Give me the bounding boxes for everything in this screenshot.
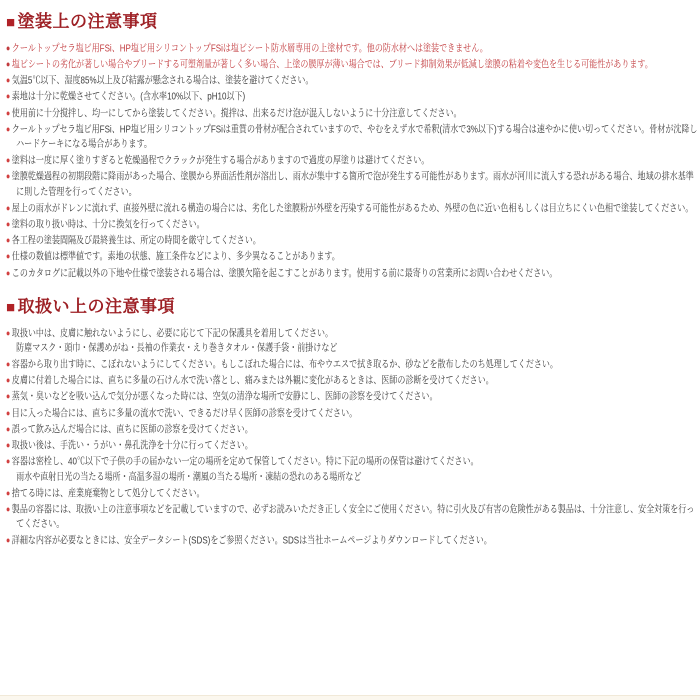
- notice-item: ●捨てる時には、産業廃棄物として処分してください。: [6, 486, 700, 502]
- notice-item: ●使用前に十分撹拌し、均一にしてから塗装してください。撹拌は、出来るだけ泡が混入…: [6, 106, 700, 122]
- section-title: ■塗装上の注意事項: [6, 12, 700, 32]
- notice-item: ●このカタログに記載以外の下地や仕様で塗装される場合は、塗膜欠陥を起こすことがあ…: [6, 266, 700, 282]
- bullet-icon: ●: [6, 440, 10, 450]
- bullet-icon: ●: [6, 535, 10, 545]
- notice-item: ●塗料の取り扱い時は、十分に換気を行ってください。: [6, 217, 700, 233]
- notice-text: 塩ビシートの劣化が著しい場合やブリードする可塑剤量が著しく多い場合、上塗の膜厚が…: [12, 59, 653, 70]
- notice-text: クールトップセラ塩ビ用FSi、HP塩ビ用シリコントップFSiは重質の骨材が配合さ…: [12, 125, 698, 151]
- notice-text: 各工程の塗装間隔及び最終養生は、所定の時間を厳守してください。: [12, 236, 261, 247]
- notice-text: 取扱い中は、皮膚に触れないようにし、必要に応じて下記の保護具を着用してください。: [12, 328, 333, 339]
- bottom-strip-divider: [0, 695, 700, 700]
- notice-text: 屋上の雨水がドレンに流れず、直接外壁に流れる構造の場合には、劣化した塗膜粉が外壁…: [12, 203, 694, 214]
- notice-text: 目に入った場合には、直ちに多量の流水で洗い、できるだけ早く医師の診察を受けてくだ…: [12, 408, 357, 419]
- notice-text: 詳細な内容が必要なときには、安全データシート(SDS)をご参照ください。SDSは…: [12, 535, 492, 546]
- section-title-text: 取扱い上の注意事項: [18, 297, 176, 316]
- bullet-icon: ●: [6, 424, 10, 434]
- notice-item: ●取扱い中は、皮膚に触れないようにし、必要に応じて下記の保護具を着用してください…: [6, 326, 700, 342]
- bullet-icon: ●: [6, 359, 10, 369]
- notice-section: ■取扱い上の注意事項●取扱い中は、皮膚に触れないようにし、必要に応じて下記の保護…: [6, 297, 700, 549]
- notice-item: ●仕様の数値は標準値です。素地の状態、施工条件などにより、多少異なることがありま…: [6, 249, 700, 265]
- bullet-icon: ●: [6, 328, 10, 338]
- notice-text: 気温5℃以下、湿度85%以上及び結露が懸念される場合は、塗装を避けてください。: [12, 76, 314, 87]
- notice-item: ●塗料は一度に厚く塗りすぎると乾燥過程でクラックが発生する場合がありますので過度…: [6, 153, 700, 169]
- bullet-icon: ●: [6, 268, 10, 278]
- bullet-icon: ●: [6, 251, 10, 261]
- notice-text: 素地は十分に乾燥させてください。(含水率10%以下、pH10以下): [12, 92, 245, 103]
- notice-text: 製品の容器には、取扱い上の注意事項などを記載していますので、必ずお読みいただき正…: [12, 504, 695, 530]
- bullet-icon: ●: [6, 375, 10, 385]
- notice-item: ●各工程の塗装間隔及び最終養生は、所定の時間を厳守してください。: [6, 233, 700, 249]
- notice-text: 皮膚に付着した場合には、直ちに多量の石けん水で洗い落とし、痛みまたは外観に変化が…: [12, 375, 494, 386]
- section-title-text: 塗装上の注意事項: [18, 12, 158, 31]
- notice-text: 誤って飲み込んだ場合には、直ちに医師の診察を受けてください。: [12, 424, 253, 435]
- bullet-icon: ●: [6, 235, 10, 245]
- notice-text: 蒸気・臭いなどを吸い込んで気分が悪くなった時には、空気の清浄な場所で安静にし、医…: [12, 392, 438, 403]
- notice-item: ●目に入った場合には、直ちに多量の流水で洗い、できるだけ早く医師の診察を受けてく…: [6, 406, 700, 422]
- notice-item: ●素地は十分に乾燥させてください。(含水率10%以下、pH10以下): [6, 89, 700, 105]
- bullet-icon: ●: [6, 43, 10, 53]
- bullet-icon: ●: [6, 91, 10, 101]
- notice-section: ■塗装上の注意事項●クールトップセラ塩ビ用FSi、HP塩ビ用シリコントップFSi…: [6, 12, 700, 282]
- sections: ■塗装上の注意事項●クールトップセラ塩ビ用FSi、HP塩ビ用シリコントップFSi…: [0, 0, 700, 549]
- notice-item: ●蒸気・臭いなどを吸い込んで気分が悪くなった時には、空気の清浄な場所で安静にし、…: [6, 389, 700, 405]
- bullet-icon: ●: [6, 203, 10, 213]
- notice-text: 捨てる時には、産業廃棄物として処分してください。: [12, 488, 205, 499]
- notice-text: このカタログに記載以外の下地や仕様で塗装される場合は、塗膜欠陥を起こすことがあり…: [12, 268, 558, 279]
- bullet-icon: ●: [6, 171, 10, 181]
- bullet-icon: ●: [6, 488, 10, 498]
- notice-item: ●取扱い後は、手洗い・うがい・鼻孔洗浄を十分に行ってください。: [6, 438, 700, 454]
- notice-item: ●詳細な内容が必要なときには、安全データシート(SDS)をご参照ください。SDS…: [6, 533, 700, 549]
- notice-list: ●クールトップセラ塩ビ用FSi、HP塩ビ用シリコントップFSiは塩ビシート防水層…: [6, 41, 700, 282]
- notice-list: ●取扱い中は、皮膚に触れないようにし、必要に応じて下記の保護具を着用してください…: [6, 326, 700, 550]
- notice-text: 容器は密栓し、40℃以下で子供の手の届かない一定の場所を定めて保管してください。…: [12, 457, 479, 468]
- notice-text: 使用前に十分撹拌し、均一にしてから塗装してください。撹拌は、出来るだけ泡が混入し…: [12, 108, 462, 119]
- bullet-icon: ●: [6, 108, 10, 118]
- bullet-icon: ●: [6, 456, 10, 466]
- notice-text: 塗料の取り扱い時は、十分に換気を行ってください。: [12, 219, 205, 230]
- bullet-icon: ●: [6, 75, 10, 85]
- notice-text: 容器から取り出す時に、こぼれないようにしてください。もしこぼれた場合には、布やウ…: [12, 359, 558, 370]
- notice-text: 仕様の数値は標準値です。素地の状態、施工条件などにより、多少異なることがあります…: [12, 252, 340, 263]
- bullet-icon: ●: [6, 504, 10, 514]
- catalog-precautions-page: ■塗装上の注意事項●クールトップセラ塩ビ用FSi、HP塩ビ用シリコントップFSi…: [0, 0, 700, 700]
- notice-item: ●容器は密栓し、40℃以下で子供の手の届かない一定の場所を定めて保管してください…: [6, 454, 700, 470]
- section-title: ■取扱い上の注意事項: [6, 297, 700, 317]
- notice-item: ●クールトップセラ塩ビ用FSi、HP塩ビ用シリコントップFSiは重質の骨材が配合…: [6, 122, 700, 153]
- bullet-icon: ●: [6, 59, 10, 69]
- square-marker-icon: ■: [6, 14, 16, 31]
- notice-subitem: 雨水や直射日光の当たる場所・高温多湿の場所・潮風の当たる場所・凍結の恐れのある場…: [6, 471, 700, 486]
- bullet-icon: ●: [6, 219, 10, 229]
- notice-item: ●皮膚に付着した場合には、直ちに多量の石けん水で洗い落とし、痛みまたは外観に変化…: [6, 373, 700, 389]
- notice-item: ●クールトップセラ塩ビ用FSi、HP塩ビ用シリコントップFSiは塩ビシート防水層…: [6, 41, 700, 57]
- notice-text: 塗料は一度に厚く塗りすぎると乾燥過程でクラックが発生する場合がありますので過度の…: [12, 156, 429, 167]
- square-marker-icon: ■: [6, 299, 16, 316]
- bullet-icon: ●: [6, 408, 10, 418]
- bullet-icon: ●: [6, 391, 10, 401]
- notice-item: ●誤って飲み込んだ場合には、直ちに医師の診察を受けてください。: [6, 422, 700, 438]
- notice-item: ●塩ビシートの劣化が著しい場合やブリードする可塑剤量が著しく多い場合、上塗の膜厚…: [6, 57, 700, 73]
- notice-text: 取扱い後は、手洗い・うがい・鼻孔洗浄を十分に行ってください。: [12, 441, 253, 452]
- notice-text: 塗膜乾燥過程の初期段階に降雨があった場合、塗膜から界面活性剤が溶出し、雨水が集中…: [12, 172, 694, 198]
- notice-subitem: 防塵マスク・頭巾・保護めがね・長袖の作業衣・えり巻きタオル・保護手袋・前掛けなど: [6, 342, 700, 357]
- bullet-icon: ●: [6, 155, 10, 165]
- notice-item: ●屋上の雨水がドレンに流れず、直接外壁に流れる構造の場合には、劣化した塗膜粉が外…: [6, 201, 700, 217]
- notice-item: ●製品の容器には、取扱い上の注意事項などを記載していますので、必ずお読みいただき…: [6, 502, 700, 533]
- notice-item: ●気温5℃以下、湿度85%以上及び結露が懸念される場合は、塗装を避けてください。: [6, 73, 700, 89]
- bullet-icon: ●: [6, 124, 10, 134]
- notice-text: クールトップセラ塩ビ用FSi、HP塩ビ用シリコントップFSiは塩ビシート防水層専…: [12, 43, 488, 54]
- notice-item: ●塗膜乾燥過程の初期段階に降雨があった場合、塗膜から界面活性剤が溶出し、雨水が集…: [6, 169, 700, 200]
- notice-item: ●容器から取り出す時に、こぼれないようにしてください。もしこぼれた場合には、布や…: [6, 357, 700, 373]
